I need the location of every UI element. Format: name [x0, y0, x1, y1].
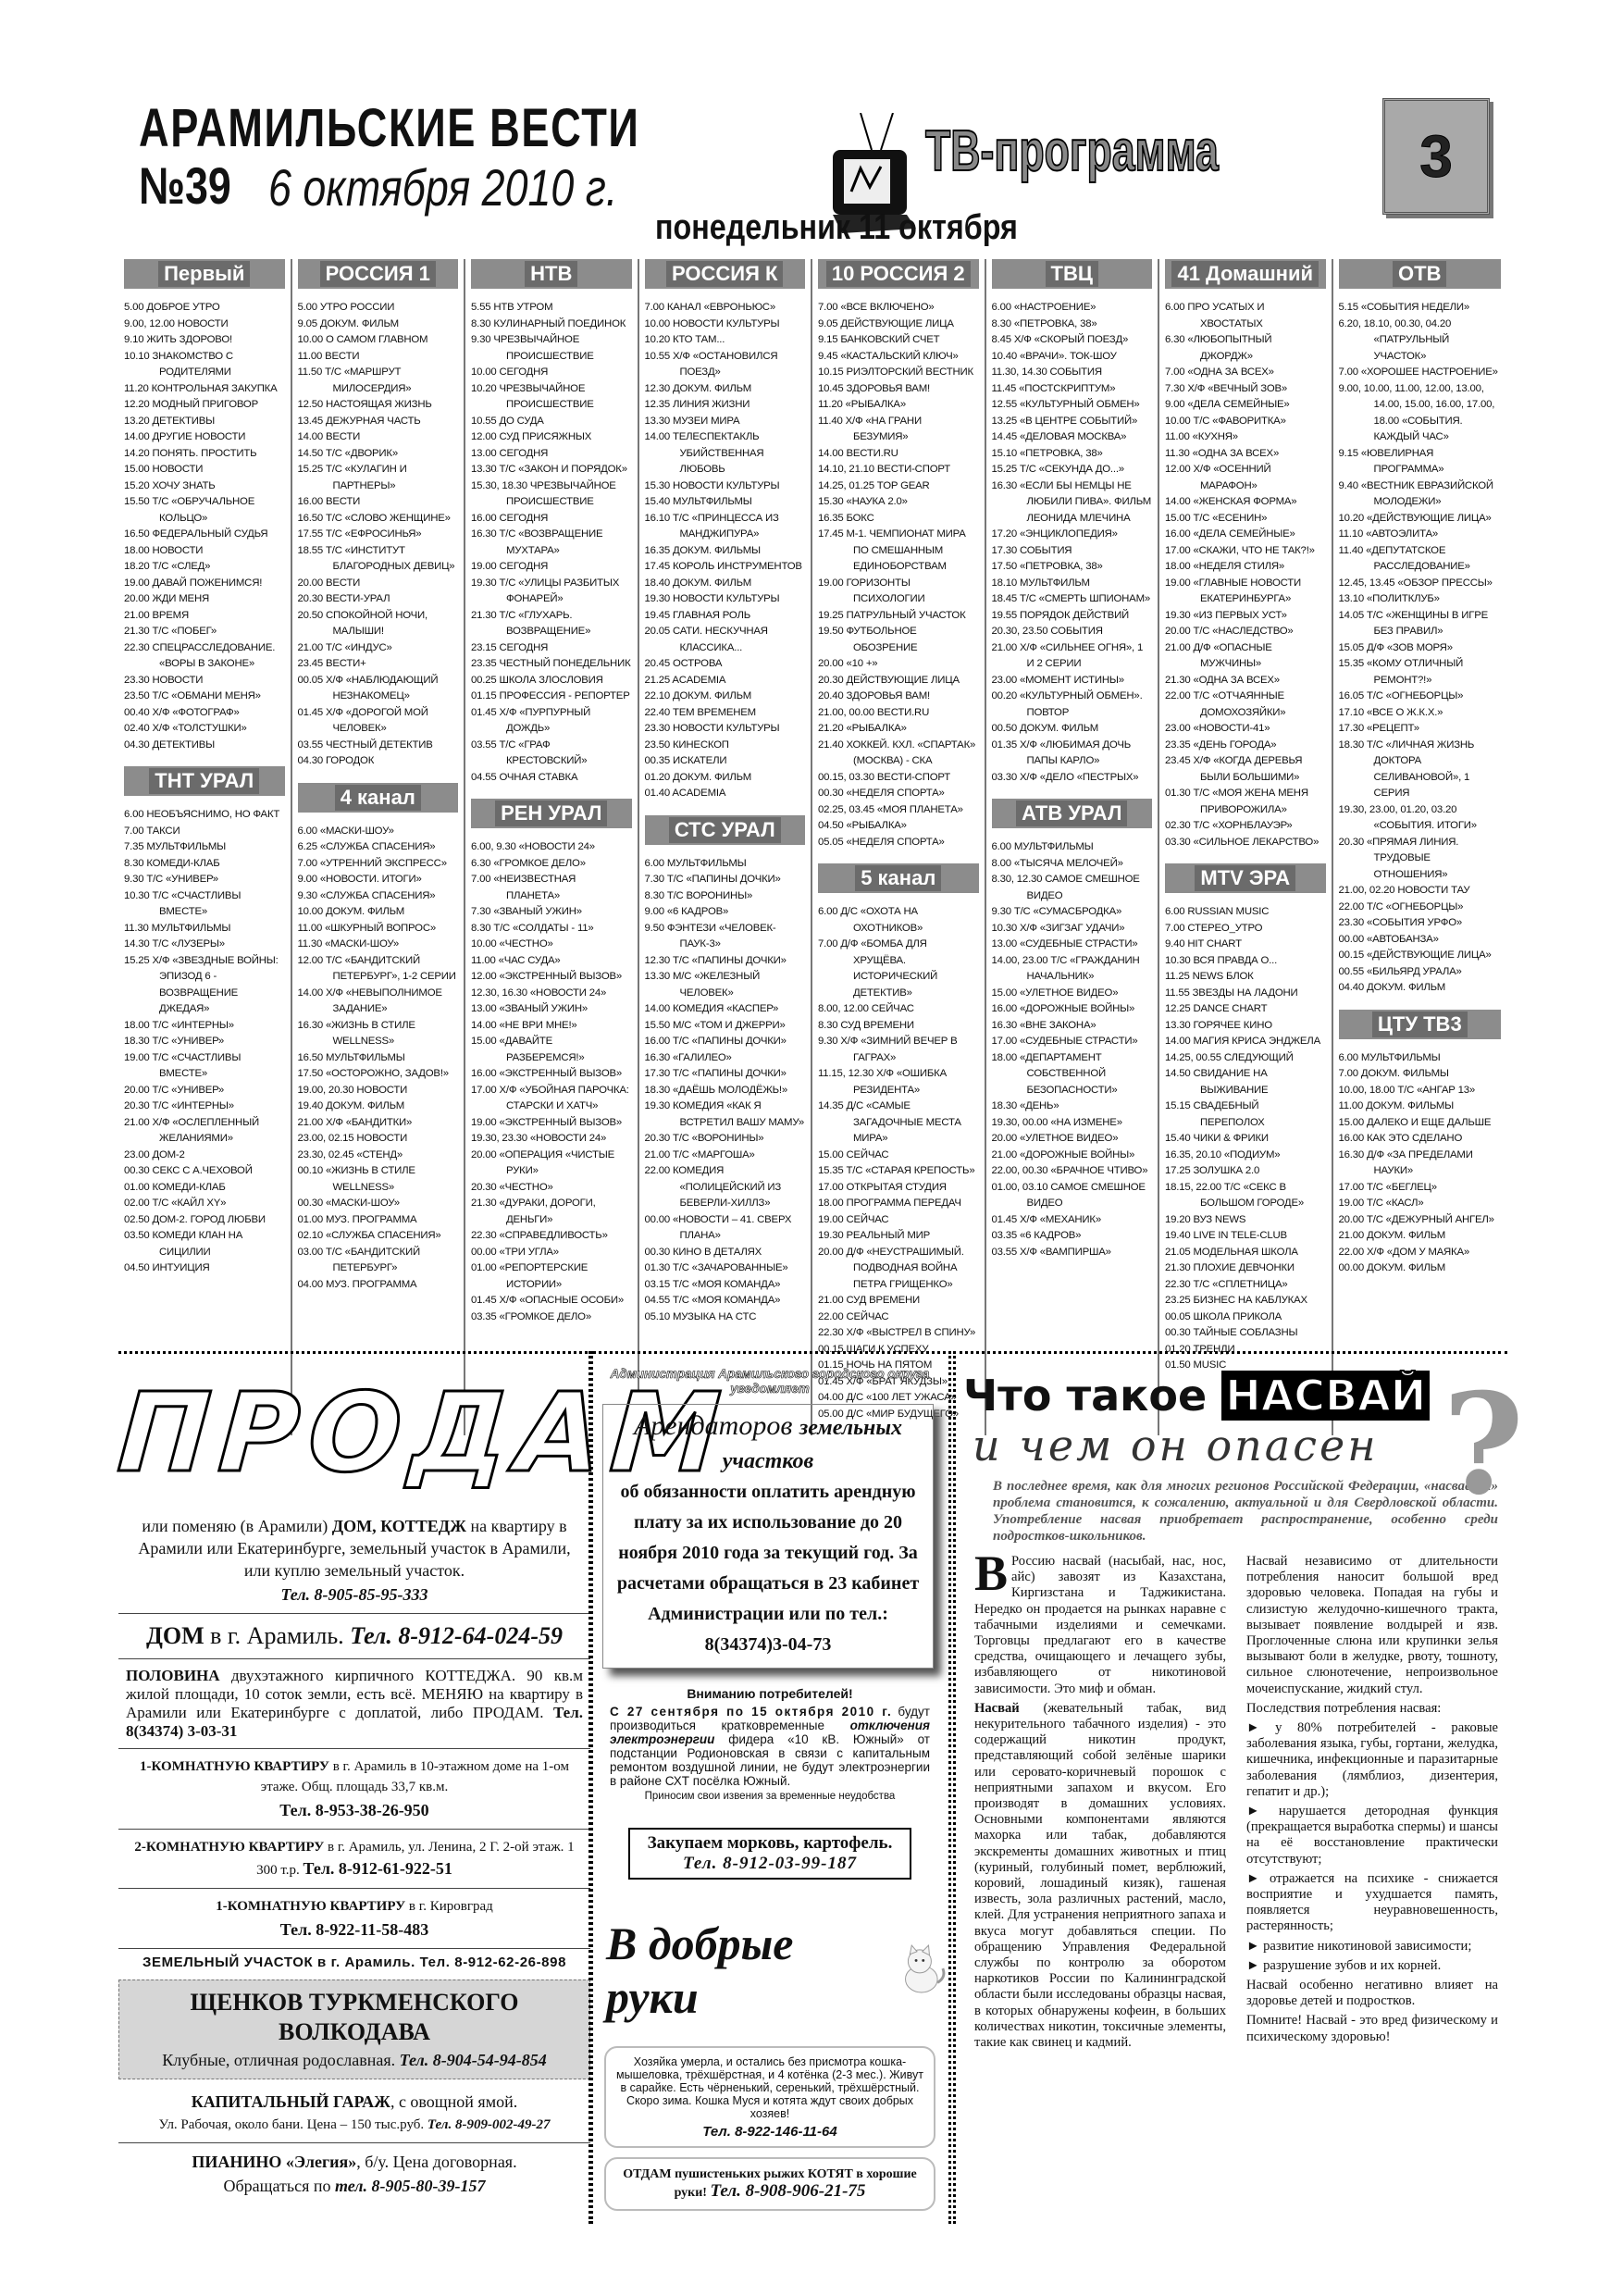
program-item: 00.50 ДОКУМ. ФИЛЬМ — [992, 721, 1153, 738]
program-item: 16.30 Д/Ф «ЗА ПРЕДЕЛАМИ НАУКИ» — [1339, 1148, 1502, 1180]
program-item: 9.45 «КАСТАЛЬСКИЙ КЛЮЧ» — [818, 349, 979, 366]
program-item: 00.20 «КУЛЬТУРНЫЙ ОБМЕН». ПОВТОР — [992, 689, 1153, 721]
article-lead: В последнее время, как для многих регион… — [993, 1478, 1498, 1545]
paragraph: Насвай особенно негативно влияет на здор… — [1246, 1978, 1498, 2009]
program-item: 9.00 «6 КАДРОВ» — [645, 904, 806, 921]
ad-bold: ЩЕНКОВ ТУРКМЕНСКОГО ВОЛКОДАВА — [191, 1989, 519, 2045]
program-item: 19.00 «ГЛАВНЫЕ НОВОСТИ ЕКАТЕРИНБУРГА» — [1165, 576, 1326, 608]
program-item: 7.00 КАНАЛ «ЕВРОНЬЮС» — [645, 300, 806, 316]
tvc-channel-header: ТВЦ — [992, 259, 1153, 289]
ad-text: Обращаться по — [223, 2177, 330, 2195]
program-item: 5.00 ДОБРОЕ УТРО — [124, 300, 285, 316]
program-item: 8.45 Х/Ф «СКОРЫЙ ПОЕЗД» — [992, 332, 1153, 349]
program-item: 03.35 «6 КАДРОВ» — [992, 1228, 1153, 1245]
rent-title-main: Арендаторов — [634, 1410, 792, 1441]
program-item: 10.20 «ДЕЙСТВУЮЩИЕ ЛИЦА» — [1339, 511, 1502, 527]
program-item: 19.30 «ИЗ ПЕРВЫХ УСТ» — [1165, 608, 1326, 625]
program-item: 04.40 ДОКУМ. ФИЛЬМ — [1339, 980, 1502, 997]
program-item: 6.20, 18.10, 00.30, 04.20 «ПАТРУЛЬНЫЙ УЧ… — [1339, 316, 1502, 366]
program-item: 11.30 «ОДНА ЗА ВСЕХ» — [1165, 446, 1326, 463]
ad-phone: Тел. 8-953-38-26-950 — [279, 1801, 428, 1819]
program-item: 00.35 ИСКАТЕЛИ — [645, 753, 806, 770]
program-item: 7.00 «НЕИЗВЕСТНАЯ ПЛАНЕТА» — [471, 872, 632, 904]
ad-phone: Тел. 8-909-002-49-27 — [427, 2117, 551, 2132]
issue-date: 6 октября 2010 г. — [268, 157, 617, 217]
program-item: 14.00 ДРУГИЕ НОВОСТИ — [124, 429, 285, 446]
program-item: 5.15 «СОБЫТИЯ НЕДЕЛИ» — [1339, 300, 1502, 316]
program-item: 20.00 «ОПЕРАЦИЯ «ЧИСТЫЕ РУКИ» — [471, 1148, 632, 1180]
program-item: 03.35 «ГРОМКОЕ ДЕЛО» — [471, 1309, 632, 1326]
russia-2-logo-icon: 10 РОССИЯ 2 — [826, 261, 971, 287]
ad-house-cottage: или поменяю (в Арамили) ДОМ, КОТТЕДЖ на … — [118, 1508, 590, 1614]
program-item: 19.40 LIVE IN TELE-CLUB — [1165, 1228, 1326, 1245]
channel-block: ОТВ5.15 «СОБЫТИЯ НЕДЕЛИ»6.20, 18.10, 00.… — [1339, 259, 1502, 997]
program-item: 21.00 Х/Ф «ОСЛЕПЛЕННЫЙ ЖЕЛАНИЯМИ» — [124, 1115, 285, 1148]
program-item: 17.00 Т/С «БЕГЛЕЦ» — [1339, 1180, 1502, 1197]
program-item: 02.40 Х/Ф «ТОЛСТУШКИ» — [124, 721, 285, 738]
tv-column: НТВ5.55 НТВ УТРОМ8.30 КУЛИНАРНЫЙ ПОЕДИНО… — [465, 259, 639, 1435]
otv-logo-icon: ОТВ — [1393, 261, 1446, 287]
program-item: 21.00 «ДОРОЖНЫЕ ВОЙНЫ» — [992, 1148, 1153, 1164]
program-item: 14.30 Т/С «ЛУЗЕРЫ» — [124, 937, 285, 953]
program-item: 05.05 «НЕДЕЛЯ СПОРТА» — [818, 835, 979, 851]
program-item: 6.30 «ГРОМКОЕ ДЕЛО» — [471, 856, 632, 873]
program-item: 20.00 «10 +» — [818, 656, 979, 673]
program-item: 7.00 ДОКУМ. ФИЛЬМЫ — [1339, 1066, 1502, 1083]
program-item: 01.30 Т/С «ЗАЧАРОВАННЫЕ» — [645, 1260, 806, 1277]
program-item: 8.30 КУЛИНАРНЫЙ ПОЕДИНОК — [471, 316, 632, 333]
program-item: 00.30 ТАЙНЫЕ СОБЛАЗНЫ — [1165, 1325, 1326, 1342]
program-item: 17.30 Т/С «ПАПИНЫ ДОЧКИ» — [645, 1066, 806, 1083]
program-item: 7.00 «УТРЕННИЙ ЭКСПРЕСС» — [298, 856, 459, 873]
program-item: 00.00 «ТРИ УГЛА» — [471, 1245, 632, 1261]
program-item: 19.50 ФУТБОЛЬНОЕ ОБОЗРЕНИЕ — [818, 624, 979, 656]
program-item: 11.20 КОНТРОЛЬНАЯ ЗАКУПКА — [124, 381, 285, 398]
program-item: 20.00 Т/С «УНИВЕР» — [124, 1083, 285, 1099]
program-item: 15.25 Т/С «КУЛАГИН И ПАРТНЕРЫ» — [298, 462, 459, 494]
program-item: 11.50 Т/С «МАРШРУТ МИЛОСЕРДИЯ» — [298, 365, 459, 397]
program-item: 15.00 СЕЙЧАС — [818, 1148, 979, 1164]
program-item: 18.00 «НЕДЕЛЯ СТИЛЯ» — [1165, 559, 1326, 576]
channel-block: 5 канал6.00 Д/С «ОХОТА НА ОХОТНИКОВ»7.00… — [818, 863, 979, 1422]
program-item: 00.15, 03.30 ВЕСТИ-СПОРТ — [818, 770, 979, 787]
program-item: 12.00 Т/С «БАНДИТСКИЙ ПЕТЕРБУРГ», 1-2 СЕ… — [298, 953, 459, 986]
classified-ads: ПРОДАМ или поменяю (в Арамили) ДОМ, КОТТ… — [118, 1351, 593, 2224]
ad-text: , б/у. Цена договорная. — [356, 2153, 516, 2171]
program-item: 20.30 «ПРЯМАЯ ЛИНИЯ. ТРУДОВЫЕ ОТНОШЕНИЯ» — [1339, 835, 1502, 884]
program-item: 23.50 Т/С «ОБМАНИ МЕНЯ» — [124, 689, 285, 705]
program-item: 19.00, 20.30 НОВОСТИ — [298, 1083, 459, 1099]
consumer-notice: Вниманию потребителей! С 27 сентября по … — [610, 1687, 930, 1804]
program-item: 19.30, 23.00, 01.20, 03.20 «СОБЫТИЯ. ИТО… — [1339, 802, 1502, 835]
ad-bold: ДОМ — [146, 1622, 204, 1649]
program-item: 9.10 ЖИТЬ ЗДОРОВО! — [124, 332, 285, 349]
channel-block: СТС УРАЛ6.00 МУЛЬТФИЛЬМЫ7.30 Т/С «ПАПИНЫ… — [645, 815, 806, 1326]
program-item: 10.20 КТО ТАМ... — [645, 332, 806, 349]
program-item: 9.30 Х/Ф «ЗИМНИЙ ВЕЧЕР В ГАГРАХ» — [818, 1034, 979, 1066]
program-item: 19.30 НОВОСТИ КУЛЬТУРЫ — [645, 591, 806, 608]
tv-column: 10 РОССИЯ 27.00 «ВСЕ ВКЛЮЧЕНО»9.05 ДЕЙСТ… — [812, 259, 986, 1435]
program-item: 00.00 «НОВОСТИ – 41. СВЕРХ ПЛАНА» — [645, 1212, 806, 1245]
notices-column: Администрация Арамильского городского ок… — [588, 1351, 951, 2224]
newspaper-name: АРАМИЛЬСКИЕ ВЕСТИ — [139, 97, 639, 159]
program-item: 03.55 ЧЕСТНЫЙ ДЕТЕКТИВ — [298, 738, 459, 754]
question-mark-icon: ? — [1443, 1363, 1524, 1526]
program-item: 22.00 Х/Ф «ДОМ У МАЯКА» — [1339, 1245, 1502, 1261]
ntv-channel-header: НТВ — [471, 259, 632, 289]
program-item: 20.05 САТИ. НЕСКУЧНАЯ КЛАССИКА... — [645, 624, 806, 656]
program-item: 04.50 «РЫБАЛКА» — [818, 818, 979, 835]
ren-ural-channel-header: РЕН УРАЛ — [471, 799, 632, 828]
ad-1room-kirovgrad: 1-КОМНАТНУЮ КВАРТИРУ в г. Кировград Тел.… — [118, 1889, 590, 1949]
program-item: 12.00 СУД ПРИСЯЖНЫХ — [471, 429, 632, 446]
program-item: 00.30 СЕКС С А.ЧЕХОВОЙ — [124, 1163, 285, 1180]
program-item: 11.20 «РЫБАЛКА» — [818, 397, 979, 414]
program-item: 19.00 Т/С «КАСЛ» — [1339, 1196, 1502, 1212]
program-item: 11.40 «ДЕПУТАТСКОЕ РАССЛЕДОВАНИЕ» — [1339, 543, 1502, 576]
cats-ad: Хозяйка умерла, и остались без присмотра… — [604, 2046, 935, 2148]
bullet-item: у 80% потребителей - раковые заболевания… — [1246, 1720, 1498, 1800]
nasvai-article: ? Что такое НАСВАЙ и чем он опасен В пос… — [953, 1351, 1507, 2224]
program-item: 10.20 ЧРЕЗВЫЧАЙНОЕ ПРОИСШЕСТВИЕ — [471, 381, 632, 414]
ad-half-cottage: ПОЛОВИНА двухэтажного кирпичного КОТТЕДЖ… — [118, 1659, 590, 1749]
program-item: 10.15 РИЭЛТОРСКИЙ ВЕСТНИК — [818, 365, 979, 381]
program-item: 00.25 ШКОЛА ЗЛОСЛОВИЯ — [471, 673, 632, 689]
program-item: 00.00 «АВТОБАНЗА» — [1339, 932, 1502, 949]
program-item: 12.25 DANCE CHART — [1165, 1001, 1326, 1018]
channel-4-channel-header: 4 канал — [298, 783, 459, 813]
program-item: 22.40 ТЕМ ВРЕМЕНЕМ — [645, 705, 806, 722]
program-item: 12.55 «КУЛЬТУРНЫЙ ОБМЕН» — [992, 397, 1153, 414]
ad-land-plot: ЗЕМЕЛЬНЫЙ УЧАСТОК в г. Арамиль. Тел. 8-9… — [118, 1949, 590, 1976]
cats-text: Хозяйка умерла, и остались без присмотра… — [616, 2055, 923, 2120]
tv-column: Первый5.00 ДОБРОЕ УТРО9.00, 12.00 НОВОСТ… — [118, 259, 292, 1435]
consumer-apology: Приносим свои извения за временные неудо… — [610, 1790, 930, 1804]
program-item: 03.15 Т/С «МОЯ КОМАНДА» — [645, 1277, 806, 1294]
program-item: 01.00, 03.10 САМОЕ СМЕШНОЕ ВИДЕО — [992, 1180, 1153, 1212]
program-item: 13.25 «В ЦЕНТРЕ СОБЫТИЙ» — [992, 414, 1153, 430]
program-item: 13.00 СЕГОДНЯ — [471, 446, 632, 463]
program-item: 17.50 «ПЕТРОВКА, 38» — [992, 559, 1153, 576]
consumer-lead: С 27 сентября по 15 октября 2010 г. — [610, 1705, 892, 1719]
program-item: 15.15 СВАДЕБНЫЙ ПЕРЕПОЛОХ — [1165, 1098, 1326, 1131]
program-item: 17.30 «РЕЦЕПТ» — [1339, 721, 1502, 738]
kind-hands-heading: В добрые руки — [606, 1917, 948, 2024]
rent-body: об обязанности оплатить арендную плату з… — [609, 1477, 927, 1660]
channel-block: РОССИЯ К7.00 КАНАЛ «ЕВРОНЬЮС»10.00 НОВОС… — [645, 259, 806, 802]
program-item: 9.00, 10.00, 11.00, 12.00, 13.00, 14.00,… — [1339, 381, 1502, 446]
program-item: 00.00 ДОКУМ. ФИЛЬМ — [1339, 1260, 1502, 1277]
program-item: 16.00 ВЕСТИ — [298, 494, 459, 511]
program-item: 21.00 Х/Ф «БАНДИТКИ» — [298, 1115, 459, 1132]
page-number: 3 — [1382, 98, 1490, 215]
bullet-item: отражается на психике - снижается воспри… — [1246, 1871, 1498, 1935]
program-item: 18.30 «ДЕНЬ» — [992, 1098, 1153, 1115]
program-item: 20.30 ДЕЙСТВУЮЩИЕ ЛИЦА — [818, 673, 979, 689]
program-item: 12.20 МОДНЫЙ ПРИГОВОР — [124, 397, 285, 414]
program-item: 10.30 ВСЯ ПРАВДА О... — [1165, 953, 1326, 970]
program-item: 23.30 «СОБЫТИЯ УРФО» — [1339, 915, 1502, 932]
channel-block: НТВ5.55 НТВ УТРОМ8.30 КУЛИНАРНЫЙ ПОЕДИНО… — [471, 259, 632, 786]
program-item: 11.25 NEWS БЛОК — [1165, 969, 1326, 986]
program-item: 13.30 ГОРЯЧЕЕ КИНО — [1165, 1018, 1326, 1035]
program-item: 17.55 Т/С «ЕФРОСИНЬЯ» — [298, 527, 459, 543]
program-item: 6.00, 9.30 «НОВОСТИ 24» — [471, 839, 632, 856]
channel-block: ТВЦ6.00 «НАСТРОЕНИЕ»8.30 «ПЕТРОВКА, 38»8… — [992, 259, 1153, 786]
russia-k-logo-icon: РОССИЯ К — [666, 261, 783, 287]
program-item: 17.00 ОТКРЫТАЯ СТУДИЯ — [818, 1180, 979, 1197]
program-item: 13.30 М/С «ЖЕЛЕЗНЫЙ ЧЕЛОВЕК» — [645, 969, 806, 1001]
channel-block: АТВ УРАЛ6.00 МУЛЬТФИЛЬМЫ8.00 «ТЫСЯЧА МЕЛ… — [992, 799, 1153, 1260]
program-item: 9.00, 12.00 НОВОСТИ — [124, 316, 285, 333]
program-item: 21.00 ВРЕМЯ — [124, 608, 285, 625]
program-item: 21.00 СУД ВРЕМЕНИ — [818, 1293, 979, 1309]
program-item: 14.45 «ДЕЛОВАЯ МОСКВА» — [992, 429, 1153, 446]
ad-2room-aramil: 2-КОМНАТНУЮ КВАРТИРУ в г. Арамиль, ул. Л… — [118, 1830, 590, 1889]
program-item: 00.05 ШКОЛА ПРИКОЛА — [1165, 1309, 1326, 1326]
program-item: 14.00 МАГИЯ КРИСА ЭНДЖЕЛА — [1165, 1034, 1326, 1050]
program-item: 18.55 Т/С «ИНСТИТУТ БЛАГОРОДНЫХ ДЕВИЦ» — [298, 543, 459, 576]
ntv-logo-icon: НТВ — [525, 261, 577, 287]
program-item: 03.55 Т/С «ГРАФ КРЕСТОВСКИЙ» — [471, 738, 632, 770]
ctu-tv3-logo-icon: ЦТУ ТВ3 — [1372, 1011, 1468, 1037]
program-item: 16.30 «ЕСЛИ БЫ НЕМЦЫ НЕ ЛЮБИЛИ ПИВА». ФИ… — [992, 478, 1153, 527]
admin-header: Администрация Арамильского городского ок… — [591, 1367, 948, 1396]
ren-ural-logo-icon: РЕН УРАЛ — [495, 800, 607, 826]
program-item: 02.25, 03.45 «МОЯ ПЛАНЕТА» — [818, 802, 979, 819]
paragraph-bold: Насвай — [974, 1701, 1020, 1716]
ad-bold: ПИАНИНО «Элегия» — [192, 2153, 356, 2171]
program-item: 03.30 «СИЛЬНОЕ ЛЕКАРСТВО» — [1165, 835, 1326, 851]
program-item: 6.00 НЕОБЪЯСНИМО, НО ФАКТ — [124, 807, 285, 824]
program-item: 21.05 МОДЕЛЬНАЯ ШКОЛА — [1165, 1245, 1326, 1261]
program-item: 16.30 «ГАЛИЛЕО» — [645, 1050, 806, 1067]
program-item: 21.00 Д/Ф «ОПАСНЫЕ МУЖЧИНЫ» — [1165, 640, 1326, 673]
program-item: 9.30 Т/С «УНИВЕР» — [124, 872, 285, 888]
channel-block: ТНТ УРАЛ6.00 НЕОБЪЯСНИМО, НО ФАКТ7.00 ТА… — [124, 766, 285, 1277]
program-item: 14.05 Т/С «ЖЕНЩИНЫ В ИГРЕ БЕЗ ПРАВИЛ» — [1339, 608, 1502, 640]
program-item: 21.00 ДОКУМ. ФИЛЬМ — [1339, 1228, 1502, 1245]
program-item: 15.25 Х/Ф «ЗВЕЗДНЫЕ ВОЙНЫ: ЭПИЗОД 6 - ВО… — [124, 953, 285, 1018]
tv-column: ТВЦ6.00 «НАСТРОЕНИЕ»8.30 «ПЕТРОВКА, 38»8… — [986, 259, 1160, 1435]
ad-text: , с овощной ямой. — [390, 2092, 517, 2111]
program-item: 23.25 БИЗНЕС НА КАБЛУКАХ — [1165, 1293, 1326, 1309]
program-item: 8.30 Т/С «СОЛДАТЫ - 11» — [471, 921, 632, 937]
program-item: 17.45 М-1. ЧЕМПИОНАТ МИРА ПО СМЕШАННЫМ Е… — [818, 527, 979, 576]
program-item: 12.45, 13.45 «ОБЗОР ПРЕССЫ» — [1339, 576, 1502, 592]
program-item: 21.00 Т/С «ИНДУС» — [298, 640, 459, 657]
atv-ural-logo-icon: АТВ УРАЛ — [1016, 800, 1127, 826]
kittens-ad: ОТДАМ пушистеньких рыжих КОТЯТ в хорошие… — [604, 2157, 935, 2211]
program-item: 8.30 Т/С ВОРОНИНЫ» — [645, 888, 806, 905]
program-item: 22.00 Т/С «ОГНЕБОРЦЫ» — [1339, 900, 1502, 916]
otv-channel-header: ОТВ — [1339, 259, 1502, 289]
program-item: 19.00 ГОРИЗОНТЫ ПСИХОЛОГИИ — [818, 576, 979, 608]
program-item: 12.35 ЛИНИЯ ЖИЗНИ — [645, 397, 806, 414]
program-item: 03.55 Х/Ф «ВАМПИРША» — [992, 1245, 1153, 1261]
program-item: 21.00, 02.20 НОВОСТИ ТАУ — [1339, 883, 1502, 900]
program-item: 21.30 Т/С «ПОБЕГ» — [124, 624, 285, 640]
program-item: 11.40 Х/Ф «НА ГРАНИ БЕЗУМИЯ» — [818, 414, 979, 446]
program-item: 6.00 RUSSIAN MUSIC — [1165, 904, 1326, 921]
program-item: 23.30 НОВОСТИ КУЛЬТУРЫ — [645, 721, 806, 738]
program-item: 00.55 «БИЛЬЯРД УРАЛА» — [1339, 964, 1502, 981]
program-item: 17.25 ЗОЛУШКА 2.0 — [1165, 1163, 1326, 1180]
program-item: 01.20 ДОКУМ. ФИЛЬМ — [645, 770, 806, 787]
program-item: 22.30 «СПРАВЕДЛИВОСТЬ» — [471, 1228, 632, 1245]
program-item: 11.30, 14.30 СОБЫТИЯ — [992, 365, 1153, 381]
program-item: 14.00 ВЕСТИ.RU — [818, 446, 979, 463]
program-item: 21.30 «ДУРАКИ, ДОРОГИ, ДЕНЬГИ» — [471, 1196, 632, 1228]
program-item: 14.35 Д/С «САМЫЕ ЗАГАДОЧНЫЕ МЕСТА МИРА» — [818, 1098, 979, 1148]
ad-house: ДОМ в г. Арамиль. Тел. 8-912-64-024-59 — [118, 1614, 590, 1659]
tv-program-title: ТВ-программа — [925, 118, 1219, 184]
program-item: 7.00 «ОДНА ЗА ВСЕХ» — [1165, 365, 1326, 381]
program-item: 16.00 «ЭКСТРЕННЫЙ ВЫЗОВ» — [471, 1066, 632, 1083]
program-item: 00.10 «ЖИЗНЬ В СТИЛЕ WELLNESS» — [298, 1163, 459, 1196]
program-item: 02.30 Т/С «ХОРНБЛАУЭР» — [1165, 818, 1326, 835]
program-item: 19.30 РЕАЛЬНЫЙ МИР — [818, 1228, 979, 1245]
channel-block: Первый5.00 ДОБРОЕ УТРО9.00, 12.00 НОВОСТ… — [124, 259, 285, 753]
program-item: 10.55 ДО СУДА — [471, 414, 632, 430]
program-item: 9.30 ЧРЕЗВЫЧАЙНОЕ ПРОИСШЕСТВИЕ — [471, 332, 632, 365]
ad-1room-aramil: 1-КОМНАТНУЮ КВАРТИРУ в г. Арамиль в 10-э… — [118, 1749, 590, 1830]
buy-vegetables-ad: Закупаем морковь, картофель. Тел. 8-912-… — [628, 1828, 911, 1880]
paragraph: Насвай независимо от длительности потреб… — [1246, 1554, 1498, 1697]
program-item: 12.30 ДОКУМ. ФИЛЬМ — [645, 381, 806, 398]
program-item: 9.05 ДЕЙСТВУЮЩИЕ ЛИЦА — [818, 316, 979, 333]
program-item: 11.00 «ШКУРНЫЙ ВОПРОС» — [298, 921, 459, 937]
program-item: 11.30 МУЛЬТФИЛЬМЫ — [124, 921, 285, 937]
consumer-title: Вниманию потребителей! — [610, 1687, 930, 1701]
program-item: 6.00 МУЛЬТФИЛЬМЫ — [645, 856, 806, 873]
program-item: 7.00 СТЕРЕО_УТРО — [1165, 921, 1326, 937]
article-title: Что такое НАСВАЙ — [963, 1371, 1507, 1421]
program-item: 01.00 МУЗ. ПРОГРАММА — [298, 1212, 459, 1229]
ad-bold: ЗЕМЕЛЬНЫЙ УЧАСТОК в г. Арамиль. — [142, 1955, 415, 1970]
program-item: 7.35 МУЛЬТФИЛЬМЫ — [124, 839, 285, 856]
program-item: 15.35 «КОМУ ОТЛИЧНЫЙ РЕМОНТ?!» — [1339, 656, 1502, 689]
sts-ural-logo-icon: СТС УРАЛ — [669, 817, 781, 843]
program-item: 20.30, 23.50 СОБЫТИЯ — [992, 624, 1153, 640]
program-item: 20.30 Т/С «ВОРОНИНЫ» — [645, 1131, 806, 1148]
program-item: 7.00 «ХОРОШЕЕ НАСТРОЕНИЕ» — [1339, 365, 1502, 381]
atv-ural-channel-header: АТВ УРАЛ — [992, 799, 1153, 828]
program-item: 20.40 ЗДОРОВЬЯ ВАМ! — [818, 689, 979, 705]
program-item: 15.35 Т/С «СТАРАЯ КРЕПОСТЬ» — [818, 1163, 979, 1180]
ad-bold: ДОМ, КОТТЕДЖ — [332, 1517, 466, 1535]
issue-number: №39 — [139, 155, 231, 216]
ad-garage: КАПИТАЛЬНЫЙ ГАРАЖ, с овощной ямой. Ул. Р… — [118, 2083, 590, 2143]
program-item: 19.25 ПАТРУЛЬНЫЙ УЧАСТОК — [818, 608, 979, 625]
program-item: 03.30 Х/Ф «ДЕЛО «ПЕСТРЫХ» — [992, 770, 1153, 787]
program-item: 01.35 Х/Ф «ЛЮБИМАЯ ДОЧЬ ПАПЫ КАРЛО» — [992, 738, 1153, 770]
program-item: 10.00 ДОКУМ. ФИЛЬМ — [298, 904, 459, 921]
program-item: 15.00 НОВОСТИ — [124, 462, 285, 478]
program-item: 6.25 «СЛУЖБА СПАСЕНИЯ» — [298, 839, 459, 856]
program-item: 17.00 «СУДЕБНЫЕ СТРАСТИ» — [992, 1034, 1153, 1050]
program-item: 10.00 «ЧЕСТНО» — [471, 937, 632, 953]
program-item: 05.10 МУЗЫКА НА СТС — [645, 1309, 806, 1326]
program-item: 10.55 Х/Ф «ОСТАНОВИЛСЯ ПОЕЗД» — [645, 349, 806, 381]
kitten-icon — [895, 1942, 948, 1998]
ctu-tv3-channel-header: ЦТУ ТВ3 — [1339, 1010, 1502, 1039]
program-item: 00.15 «ДЕЙСТВУЮЩИЕ ЛИЦА» — [1339, 948, 1502, 964]
program-item: 20.00 Т/С «ДЕЖУРНЫЙ АНГЕЛ» — [1339, 1212, 1502, 1229]
program-item: 16.10 Т/С «ПРИНЦЕССА ИЗ МАНДЖИПУРА» — [645, 511, 806, 543]
program-item: 10.00 НОВОСТИ КУЛЬТУРЫ — [645, 316, 806, 333]
tvc-logo-icon: ТВЦ — [1046, 261, 1098, 287]
ad-phone: Тел. 8-922-11-58-483 — [280, 1920, 428, 1939]
program-item: 22.10 ДОКУМ. ФИЛЬМ — [645, 689, 806, 705]
program-item: 23.00 ДОМ-2 — [124, 1148, 285, 1164]
program-item: 19.30, 00.00 «НА ИЗМЕНЕ» — [992, 1115, 1153, 1132]
program-item: 20.45 ОСТРОВА — [645, 656, 806, 673]
program-item: 04.55 ОЧНАЯ СТАВКА — [471, 770, 632, 787]
ad-phone: Тел. 8-912-61-922-51 — [304, 1859, 452, 1878]
ad-phone: Тел. 8-905-85-95-333 — [126, 1583, 583, 1606]
program-item: 23.45 Х/Ф «КОГДА ДЕРЕВЬЯ БЫЛИ БОЛЬШИМИ» — [1165, 753, 1326, 786]
program-item: 16.05 Т/С «ОГНЕБОРЦЫ» — [1339, 689, 1502, 705]
sts-ural-channel-header: СТС УРАЛ — [645, 815, 806, 845]
program-item: 16.30 «ЖИЗНЬ В СТИЛЕ WELLNESS» — [298, 1018, 459, 1050]
program-item: 01.00 КОМЕДИ-КЛАБ — [124, 1180, 285, 1197]
program-item: 5.55 НТВ УТРОМ — [471, 300, 632, 316]
program-item: 16.35 БОКС — [818, 511, 979, 527]
program-item: 18.15, 22.00 Т/С «СЕКС В БОЛЬШОМ ГОРОДЕ» — [1165, 1180, 1326, 1212]
title-text: Что такое — [963, 1371, 1207, 1421]
program-item: 17.20 «ЭНЦИКЛОПЕДИЯ» — [992, 527, 1153, 543]
mtv-channel-header: MTV ЭРА — [1165, 863, 1326, 893]
ad-bold: ПОЛОВИНА — [126, 1667, 220, 1684]
program-item: 12.30, 16.30 «НОВОСТИ 24» — [471, 986, 632, 1002]
program-item: 11.45 «ПОСТСКРИПТУМ» — [992, 381, 1153, 398]
article-body: ВРоссию насвай (насыбай, нас, нос, айс) … — [974, 1554, 1498, 2052]
program-item: 11.00 «КУХНЯ» — [1165, 429, 1326, 446]
program-item: 22.00 КОМЕДИЯ «ПОЛИЦЕЙСКИЙ ИЗ БЕВЕРЛИ-ХИ… — [645, 1163, 806, 1212]
channel-5-logo-icon: 5 канал — [855, 865, 941, 891]
program-item: 18.30 «ДАЁШЬ МОЛОДЁЖЬ!» — [645, 1083, 806, 1099]
program-item: 00.30 КИНО В ДЕТАЛЯХ — [645, 1245, 806, 1261]
program-item: 6.00 «МАСКИ-ШОУ» — [298, 824, 459, 840]
program-item: 14.00 КОМЕДИЯ «КАСПЕР» — [645, 1001, 806, 1018]
bullet-item: развитие никотиновой зависимости; — [1246, 1939, 1498, 1955]
program-item: 14.10, 21.10 ВЕСТИ-СПОРТ — [818, 462, 979, 478]
ad-text: в г. Кировград — [405, 1899, 493, 1914]
program-item: 16.50 МУЛЬТФИЛЬМЫ — [298, 1050, 459, 1067]
program-item: 17.30 СОБЫТИЯ — [992, 543, 1153, 560]
ad-piano: ПИАНИНО «Элегия», б/у. Цена договорная. … — [118, 2143, 590, 2204]
program-item: 19.00 СЕЙЧАС — [818, 1212, 979, 1229]
bullet-item: нарушается детородная функция (прекращае… — [1246, 1804, 1498, 1868]
program-item: 21.25 ACADEMIA — [645, 673, 806, 689]
program-item: 23.45 ВЕСТИ+ — [298, 656, 459, 673]
channel-block: 10 РОССИЯ 27.00 «ВСЕ ВКЛЮЧЕНО»9.05 ДЕЙСТ… — [818, 259, 979, 850]
program-item: 17.45 КОРОЛЬ ИНСТРУМЕНТОВ — [645, 559, 806, 576]
program-item: 22.00, 00.30 «БРАЧНОЕ ЧТИВО» — [992, 1163, 1153, 1180]
program-item: 15.50 М/С «ТОМ И ДЖЕРРИ» — [645, 1018, 806, 1035]
program-item: 15.30 «НАУКА 2.0» — [818, 494, 979, 511]
program-item: 15.30 НОВОСТИ КУЛЬТУРЫ — [645, 478, 806, 495]
program-item: 15.00 Т/С «ЕСЕНИН» — [1165, 511, 1326, 527]
program-item: 04.00 МУЗ. ПРОГРАММА — [298, 1277, 459, 1294]
program-item: 01.15 ПРОФЕССИЯ - РЕПОРТЕР — [471, 689, 632, 705]
channel-block: 4 канал6.00 «МАСКИ-ШОУ»6.25 «СЛУЖБА СПАС… — [298, 783, 459, 1294]
program-item: 01.00 «РЕПОРТЕРСКИЕ ИСТОРИИ» — [471, 1260, 632, 1293]
program-item: 23.35 ЧЕСТНЫЙ ПОНЕДЕЛЬНИК — [471, 656, 632, 673]
program-item: 21.40 ХОККЕЙ. КХЛ. «СПАРТАК» (МОСКВА) - … — [818, 738, 979, 770]
ad-bold: 1-КОМНАТНУЮ КВАРТИРУ — [216, 1899, 405, 1914]
